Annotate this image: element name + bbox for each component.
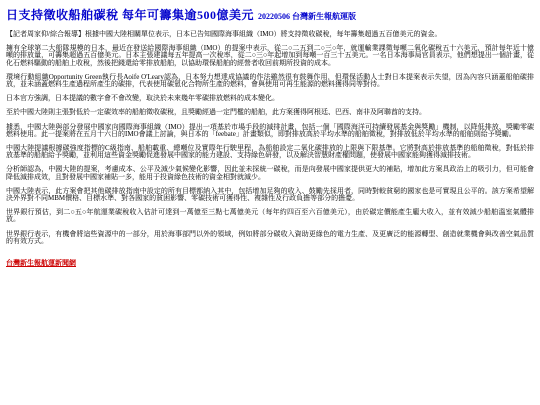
footer-news-site-link[interactable]: 台灣新生報航運新聞網	[6, 258, 76, 268]
article-body: 【記者周家仰/綜合報導】根據中國大陸相關單位表示，日本已告知國際海事組織（IMO…	[6, 31, 534, 245]
article-page: 日支持徵收船舶碳稅 每年可籌集逾500億美元20220506 台灣新生報航運版 …	[0, 0, 540, 405]
article-paragraph: 擁有全球第二大船隊規模的日本，最近在發送給國際海事組織（IMO）的提案中表示，從…	[6, 45, 534, 67]
article-paragraph: 分析師認為，中國大陸的提案，考慮成本、公平及減少氣候變化影響，因此並未採統一碳稅…	[6, 166, 534, 180]
article-header: 日支持徵收船舶碳稅 每年可籌集逾500億美元20220506 台灣新生報航運版	[6, 6, 534, 24]
article-paragraph: 日本官方強調，日本提議的數字會不會改變，取決於未來幾年零碳排放燃料的成本變化。	[6, 95, 534, 102]
article-paragraph: 中國大陸提議根據碳強度指標的C級指南、船舶載重、總噸位及實際年行駛里程，為船舶設…	[6, 145, 534, 159]
article-paragraph: 據悉，中國大陸與部分發展中國家向國際海事組織（IMO）提出一項基於市場手段的減排…	[6, 124, 534, 138]
article-paragraph: 至於中國大陸則主張對低於一定碳效率的船舶徵收碳稅，且獎勵經過一定門檻的船舶，此方…	[6, 109, 534, 116]
article-paragraph: 世界銀行預估，到二○五○年航運業碳稅收入估計可達到一萬億至三點七萬億美元（每年約…	[6, 209, 534, 223]
article-paragraph: 【記者周家仰/綜合報導】根據中國大陸相關單位表示，日本已告知國際海事組織（IMO…	[6, 31, 534, 38]
article-paragraph: 世界銀行表示，有機會將這些資源中的一部分，用於海事部門以外的領域，例如將部分碳收…	[6, 231, 534, 245]
article-paragraph: 中國大陸表示，此方案會把其他碳排放指南中設定的所有目標都納入其中，包括增加足夠的…	[6, 188, 534, 202]
article-paragraph: 環境行動組織Opportunity Green執行長Aoife O'Leary認…	[6, 74, 534, 88]
article-dateline: 20220506 台灣新生報航運版	[258, 12, 356, 21]
article-title: 日支持徵收船舶碳稅 每年可籌集逾500億美元	[6, 8, 254, 22]
